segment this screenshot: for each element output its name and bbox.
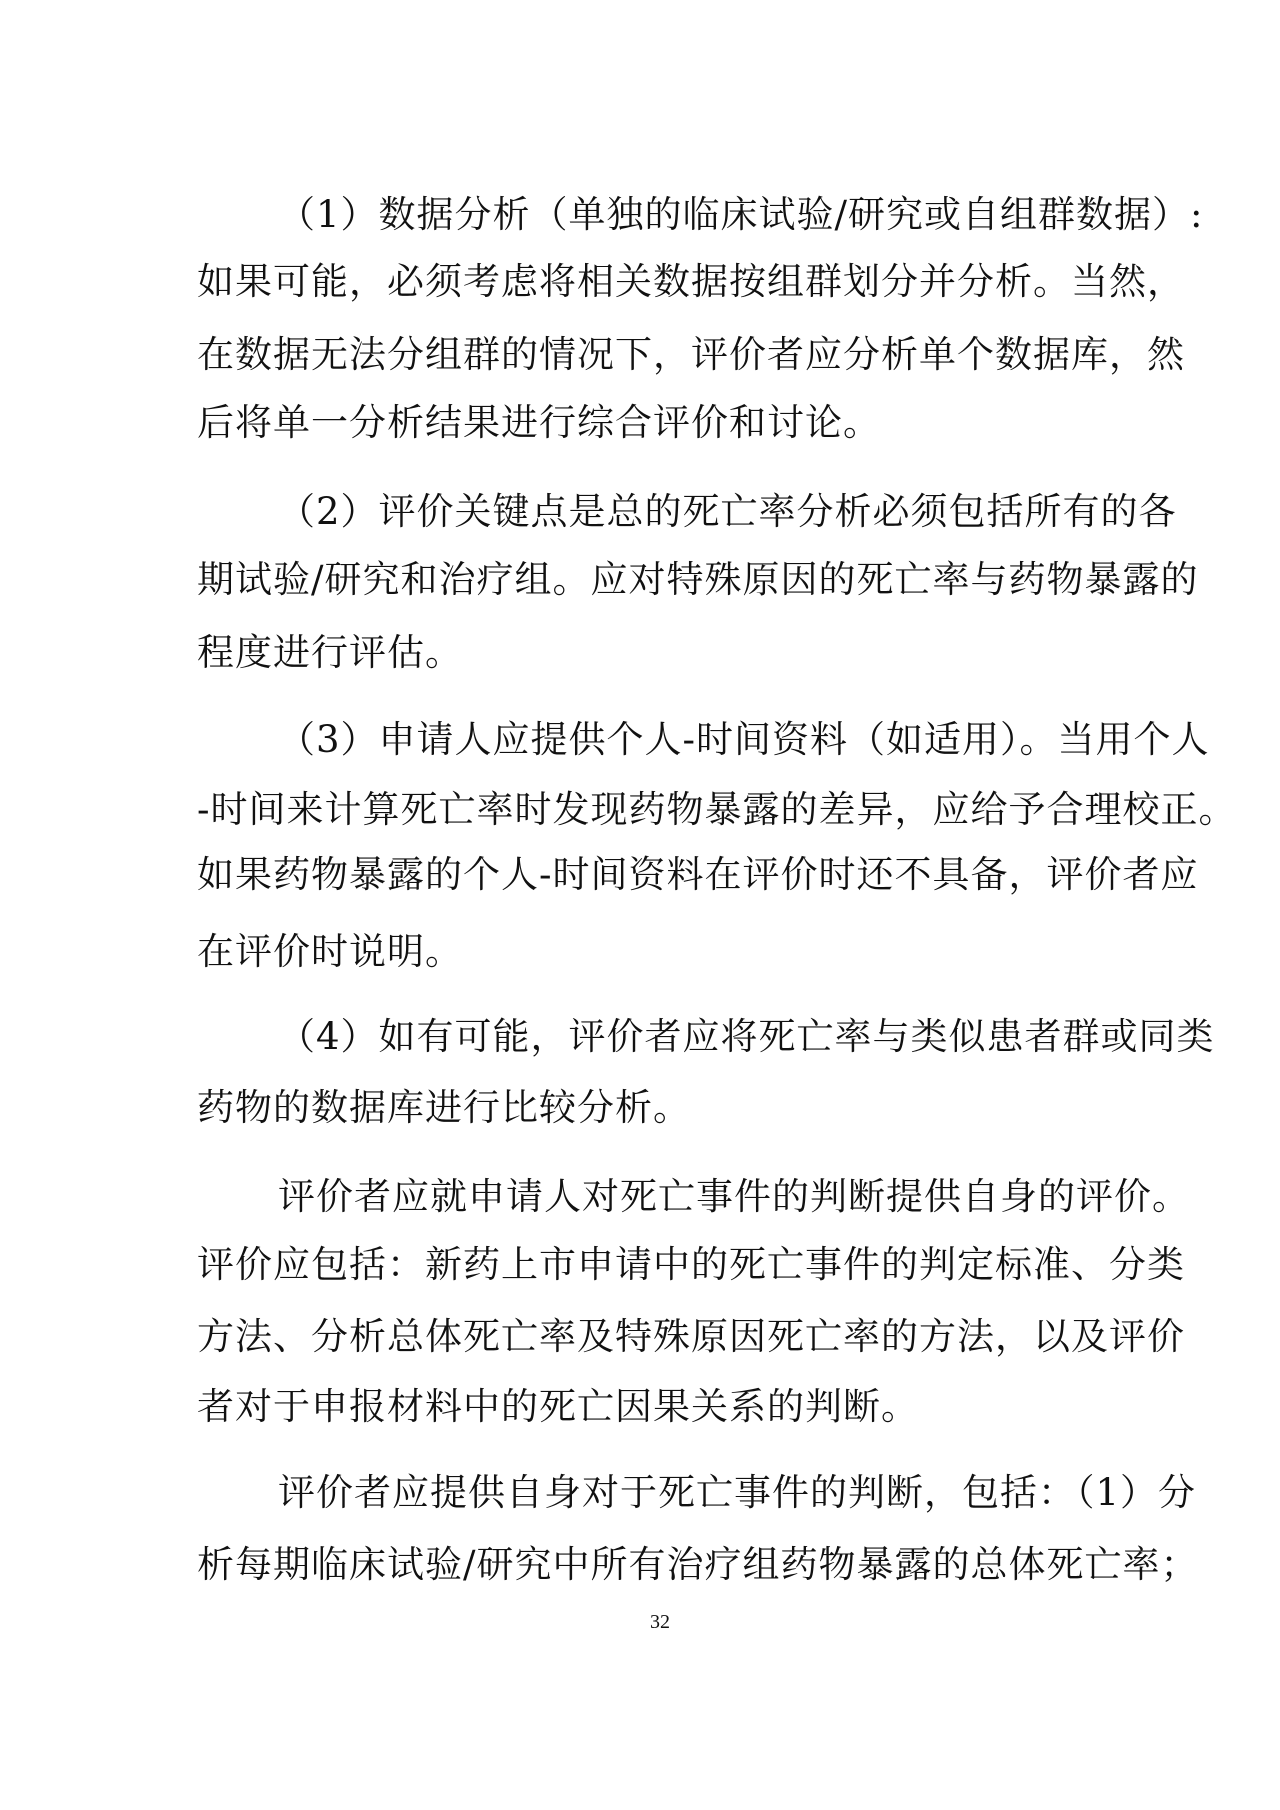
paragraph-1-line-4: 后将单一分析结果进行综合评价和讨论。 — [197, 400, 1082, 446]
paragraph-4-line-1: （4）如有可能，评价者应将死亡率与类似患者群或同类 — [278, 1014, 1082, 1060]
paragraph-1-line-3: 在数据无法分组群的情况下，评价者应分析单个数据库，然 — [197, 332, 1082, 378]
paragraph-5-line-3: 方法、分析总体死亡率及特殊原因死亡率的方法，以及评价 — [197, 1314, 1082, 1360]
paragraph-5-line-1: 评价者应就申请人对死亡事件的判断提供自身的评价。 — [278, 1174, 1082, 1220]
paragraph-3-line-4: 在评价时说明。 — [197, 929, 1082, 975]
paragraph-6-line-2: 析每期临床试验/研究中所有治疗组药物暴露的总体死亡率； — [197, 1542, 1082, 1588]
paragraph-2-line-3: 程度进行评估。 — [197, 630, 1082, 676]
paragraph-2-line-2: 期试验/研究和治疗组。应对特殊原因的死亡率与药物暴露的 — [197, 557, 1082, 603]
document-page: （1）数据分析（单独的临床试验/研究或自组群数据）: 如果可能，必须考虑将相关数… — [0, 0, 1280, 1810]
paragraph-2-line-1: （2）评价关键点是总的死亡率分析必须包括所有的各 — [278, 489, 1082, 535]
paragraph-4-line-2: 药物的数据库进行比较分析。 — [197, 1085, 1082, 1131]
paragraph-5-line-2: 评价应包括：新药上市申请中的死亡事件的判定标准、分类 — [197, 1242, 1082, 1288]
paragraph-3-line-1: （3）申请人应提供个人-时间资料（如适用）。当用个人 — [278, 717, 1082, 763]
paragraph-1-line-2: 如果可能，必须考虑将相关数据按组群划分并分析。当然， — [197, 259, 1082, 305]
paragraph-3-line-2: -时间来计算死亡率时发现药物暴露的差异，应给予合理校正。 — [197, 787, 1082, 833]
paragraph-3-line-3: 如果药物暴露的个人-时间资料在评价时还不具备，评价者应 — [197, 852, 1082, 898]
page-number: 32 — [630, 1611, 690, 1633]
paragraph-6-line-1: 评价者应提供自身对于死亡事件的判断，包括：（1）分 — [278, 1470, 1082, 1516]
paragraph-1-line-1: （1）数据分析（单独的临床试验/研究或自组群数据）: — [278, 192, 1082, 238]
paragraph-5-line-4: 者对于申报材料中的死亡因果关系的判断。 — [197, 1384, 1082, 1430]
